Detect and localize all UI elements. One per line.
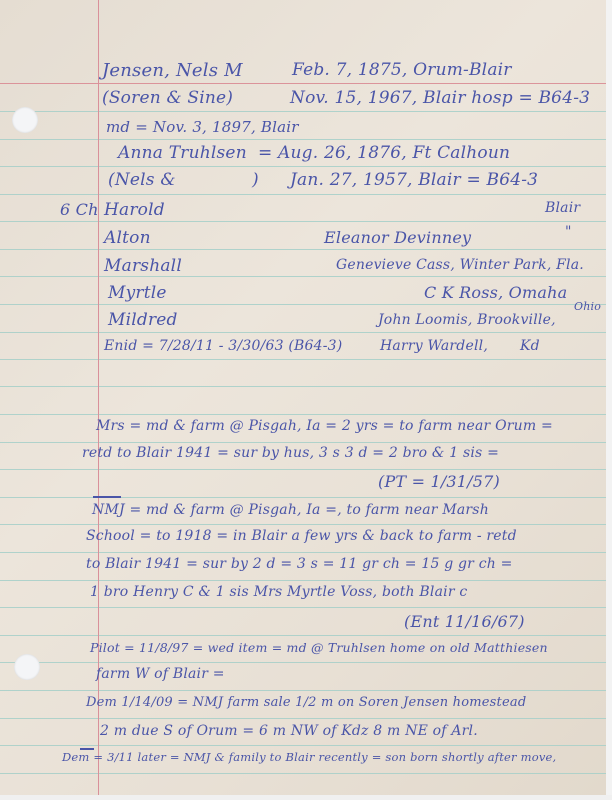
rule-line [0, 139, 606, 140]
note-line: Dem 1/14/09 = NMJ farm sale 1/2 m on Sor… [86, 695, 526, 710]
rule-line [0, 718, 606, 719]
subject-name: Jensen, Nels M [102, 60, 243, 81]
rule-line [0, 607, 606, 608]
rule-line [0, 166, 606, 167]
binder-hole [14, 654, 40, 680]
subject-parents: (Soren & Sine) [102, 88, 233, 108]
rule-line [0, 690, 606, 691]
note-line: 2 m due S of Orum = 6 m NW of Kdz 8 m NE… [100, 723, 478, 739]
child-name: Enid = 7/28/11 - 3/30/63 (B64-3) [104, 338, 342, 354]
separator-dash [93, 496, 121, 498]
note-line: Dem = 3/11 later = NMJ & family to Blair… [62, 750, 556, 764]
spouse-birth: = Aug. 26, 1876, Ft Calhoun [258, 143, 510, 163]
child-spouse: Harry Wardell, [380, 338, 488, 354]
rule-line [0, 524, 606, 525]
rule-line [0, 442, 606, 443]
child-place: Blair [545, 200, 580, 216]
spouse-parents: (Nels & [108, 170, 176, 190]
rule-line [0, 469, 606, 470]
rule-line [0, 304, 606, 305]
rule-line [0, 111, 606, 112]
note-line: Mrs = md & farm @ Pisgah, Ia = 2 yrs = t… [96, 418, 553, 434]
rule-line [0, 635, 606, 636]
rule-line [0, 773, 606, 774]
note-line: to Blair 1941 = sur by 2 d = 3 s = 11 gr… [86, 556, 513, 572]
child-place: " [565, 224, 572, 240]
rule-line [0, 332, 606, 333]
child-spouse: Eleanor Devinney [324, 228, 471, 247]
note-line: Pilot = 11/8/97 = wed item = md @ Truhls… [90, 640, 548, 655]
rule-line [0, 580, 606, 581]
rule-line [0, 194, 606, 195]
child-place: Kd [520, 338, 540, 354]
marriage-line: md = Nov. 3, 1897, Blair [106, 118, 299, 136]
rule-line [0, 552, 606, 553]
child-spouse: Genevieve Cass, Winter Park, Fla. [336, 257, 584, 273]
note-line: School = to 1918 = in Blair a few yrs & … [86, 528, 517, 544]
child-name: Myrtle [108, 283, 167, 303]
child-name: Mildred [108, 310, 178, 330]
note-line: retd to Blair 1941 = sur by hus, 3 s 3 d… [82, 445, 499, 461]
rule-line [0, 745, 606, 746]
page-bottom-edge [0, 795, 612, 800]
note-source: (PT = 1/31/57) [378, 472, 500, 491]
rule-line [0, 359, 606, 360]
notebook-page: Jensen, Nels M Feb. 7, 1875, Orum-Blair … [0, 0, 606, 795]
page-edge [606, 0, 612, 800]
note-line: farm W of Blair = [96, 666, 225, 682]
spouse-death: Jan. 27, 1957, Blair = B64-3 [290, 170, 538, 190]
child-place: Ohio [574, 300, 601, 313]
subject-death: Nov. 15, 1967, Blair hosp = B64-3 [290, 88, 590, 108]
spouse-parents-close: ) [252, 170, 259, 190]
binder-hole [12, 107, 38, 133]
top-red-rule [0, 83, 606, 84]
rule-line [0, 662, 606, 663]
rule-line [0, 414, 606, 415]
subject-birth: Feb. 7, 1875, Orum-Blair [292, 60, 512, 80]
rule-line [0, 386, 606, 387]
rule-line [0, 276, 606, 277]
note-line: NMJ = md & farm @ Pisgah, Ia =, to farm … [92, 502, 489, 518]
child-name: Harold [104, 200, 165, 220]
child-name: Marshall [104, 256, 182, 276]
spouse-name: Anna Truhlsen [118, 143, 247, 163]
note-source: (Ent 11/16/67) [404, 612, 525, 631]
children-count: 6 Ch [60, 200, 99, 219]
rule-line [0, 221, 606, 222]
rule-line [0, 249, 606, 250]
child-spouse: John Loomis, Brookville, [378, 312, 556, 328]
rule-line [0, 497, 606, 498]
child-spouse: C K Ross, Omaha [424, 283, 567, 302]
child-name: Alton [104, 228, 151, 248]
note-line: 1 bro Henry C & 1 sis Mrs Myrtle Voss, b… [90, 584, 467, 600]
